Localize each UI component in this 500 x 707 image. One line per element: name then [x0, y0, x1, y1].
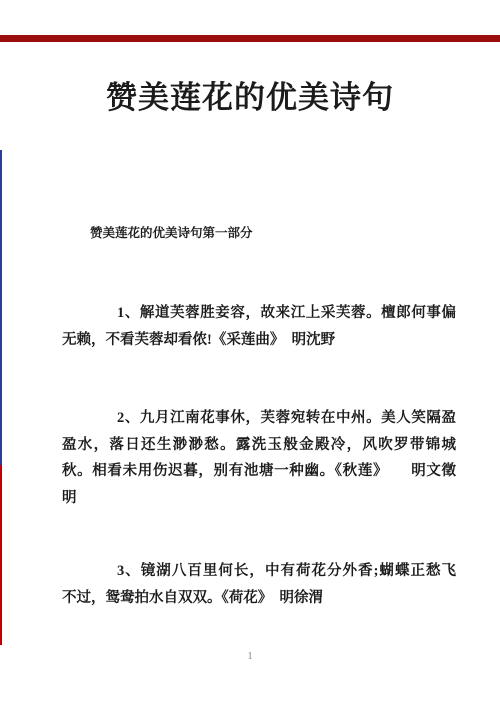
poem-paragraph-3: 3、镜湖八百里何长，中有荷花分外香;蝴蝶正愁飞 不过，鸳鸯拍水自双双。《荷花》 … — [62, 558, 456, 611]
top-divider-bar — [0, 35, 500, 42]
poem-line: 不过，鸳鸯拍水自双双。《荷花》 明徐渭 — [62, 585, 456, 612]
poem-paragraph-2: 2、九月江南花事休，芙蓉宛转在中州。美人笑隔盈 盈水，落日还生渺渺愁。露洗玉般金… — [62, 405, 456, 511]
poem-line: 秋。相看未用伤迟暮，别有池塘一种幽。《秋莲》 明文徵 — [62, 458, 456, 485]
poem-line: 1、解道芙蓉胜妾容，故来江上采芙蓉。檀郎何事偏 — [62, 300, 456, 327]
document-page: 赞美莲花的优美诗句 赞美莲花的优美诗句第一部分 1、解道芙蓉胜妾容，故来江上采芙… — [0, 0, 500, 707]
poem-line: 3、镜湖八百里何长，中有荷花分外香;蝴蝶正愁飞 — [62, 558, 456, 585]
poem-line: 无赖，不看芙蓉却看侬!《采莲曲》 明沈野 — [62, 327, 456, 354]
document-title: 赞美莲花的优美诗句 — [0, 76, 500, 120]
poem-line: 2、九月江南花事休，芙蓉宛转在中州。美人笑隔盈 — [62, 405, 456, 432]
page-number: 1 — [0, 650, 500, 662]
left-edge-line-blue — [0, 150, 2, 465]
left-edge-line-red — [0, 465, 2, 645]
poem-paragraph-1: 1、解道芙蓉胜妾容，故来江上采芙蓉。檀郎何事偏 无赖，不看芙蓉却看侬!《采莲曲》… — [62, 300, 456, 353]
poem-line: 盈水，落日还生渺渺愁。露洗玉般金殿冷，风吹罗带锦城 — [62, 432, 456, 459]
poem-line: 明 — [62, 485, 456, 512]
section-heading: 赞美莲花的优美诗句第一部分 — [90, 224, 253, 242]
